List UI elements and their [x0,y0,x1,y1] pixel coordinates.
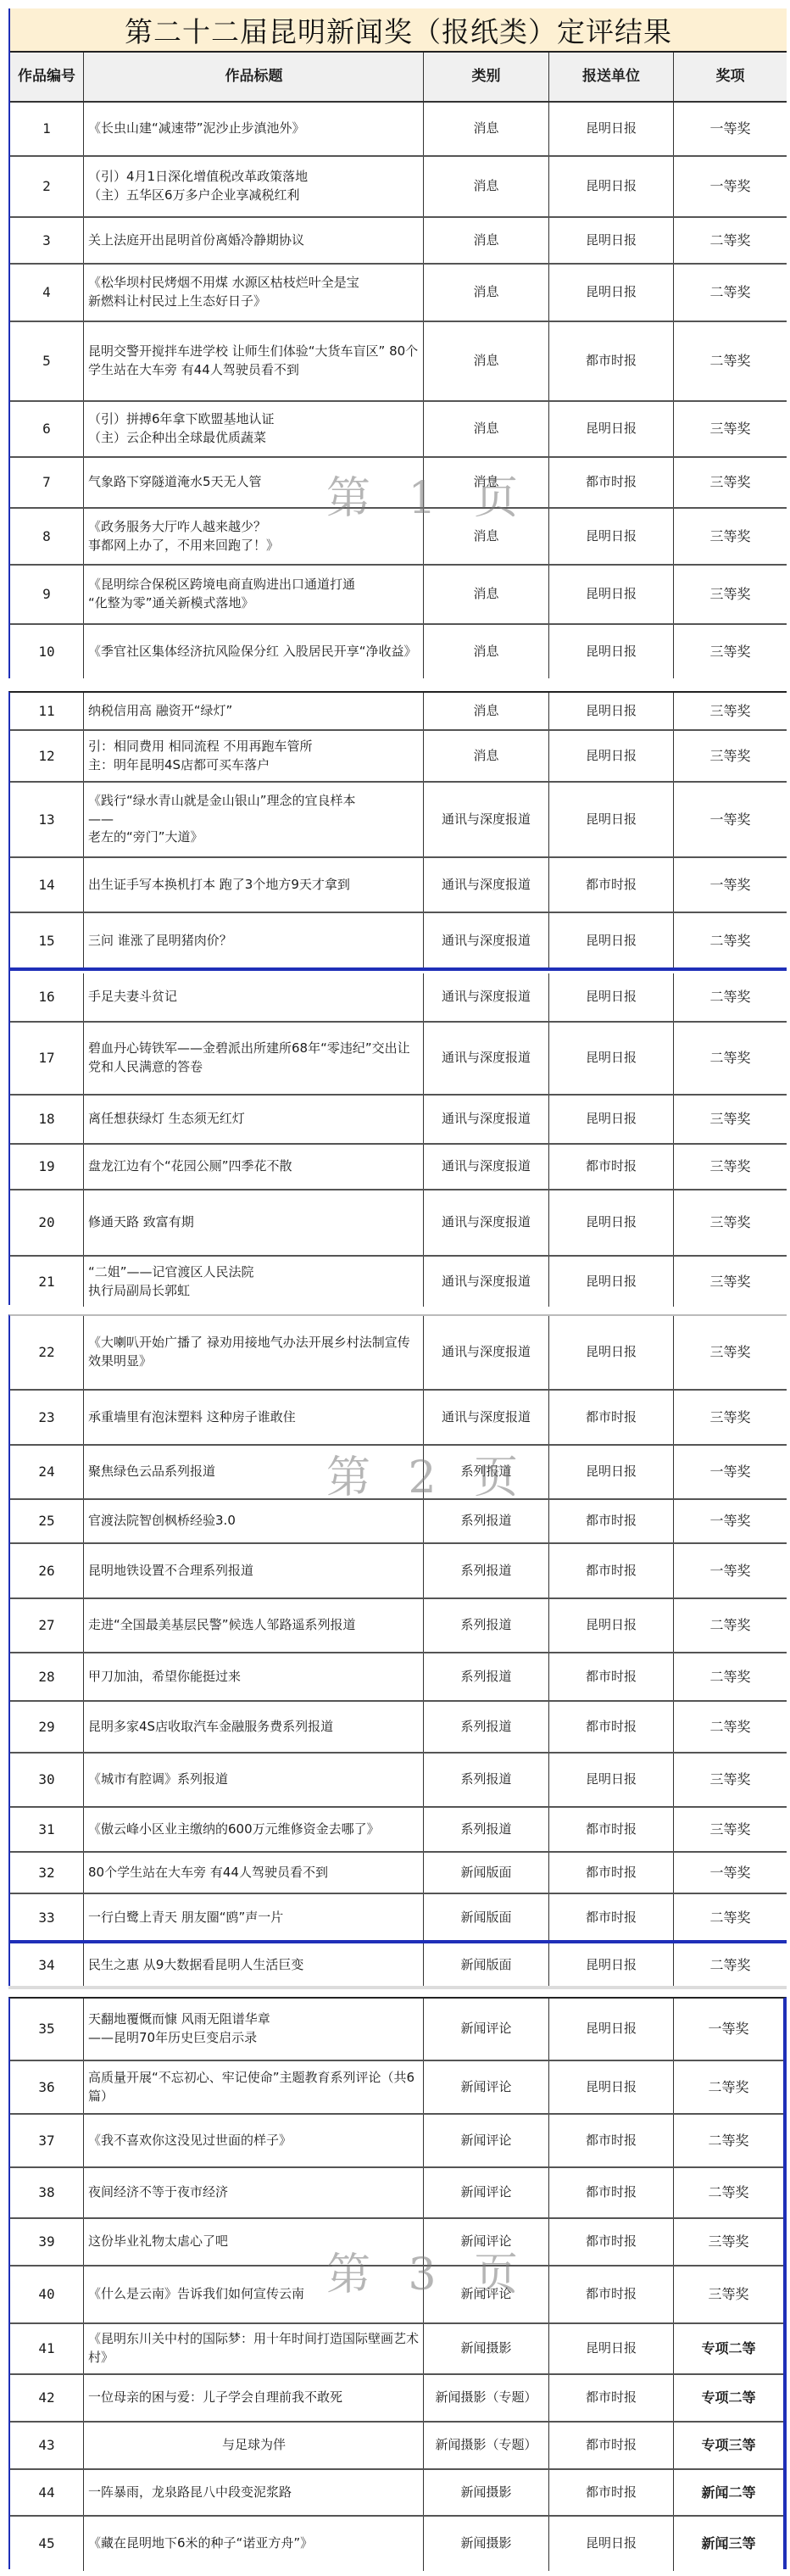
row-number: 30 [10,1754,84,1806]
row-number: 41 [10,2324,84,2373]
row-award: 二等奖 [674,1599,787,1652]
page-1-segment-a: 第二十二届昆明新闻奖（报纸类）定评结果 作品编号 作品标题 类别 报送单位 奖项… [8,8,787,678]
row-unit: 昆明日报 [549,1999,674,2060]
table-row: 21“二姐”——记官渡区人民法院 执行局副局长郭虹通讯与深度报道昆明日报三等奖 [10,1257,787,1307]
page-2-segment: 22《大喇叭开始广播了 禄劝用接地气办法开展乡村法制宣传效果明显》通讯与深度报道… [8,1314,787,1986]
row-category: 消息 [424,731,549,781]
page-divider [8,1940,787,1943]
table-row: 33一行白鹭上青天 朋友圈“鸥”声一片新闻版面都市时报二等奖 [10,1894,787,1942]
row-category: 通讯与深度报道 [424,783,549,856]
row-unit: 昆明日报 [549,973,674,1021]
row-title: 《我不喜欢你这没见过世面的样子》 [84,2115,424,2166]
page-divider [8,967,787,971]
row-award: 二等奖 [674,2168,783,2217]
row-unit: 昆明日报 [549,1446,674,1498]
table-row: 25官渡法院智创枫桥经验3.0系列报道都市时报一等奖 [10,1500,787,1544]
row-title: 官渡法院智创枫桥经验3.0 [84,1500,424,1542]
row-title: 一位母亲的困与爱：儿子学会自理前我不敢死 [84,2375,424,2421]
row-number: 43 [10,2423,84,2468]
row-award: 一等奖 [674,1500,787,1542]
row-category: 新闻版面 [424,1894,549,1942]
row-title: 昆明多家4S店收取汽车金融服务费系列报道 [84,1702,424,1752]
row-unit: 都市时报 [549,2219,674,2265]
table-row: 8《政务服务大厅咋人越来越少？ 事都网上办了，不用来回跑了！》消息昆明日报三等奖 [10,509,787,566]
row-number: 35 [10,1999,84,2060]
row-category: 通讯与深度报道 [424,913,549,968]
table-row: 26昆明地铁设置不合理系列报道系列报道都市时报一等奖 [10,1544,787,1599]
document-title: 第二十二届昆明新闻奖（报纸类）定评结果 [10,8,787,53]
row-category: 消息 [424,458,549,507]
row-unit: 都市时报 [549,322,674,400]
row-number: 22 [10,1316,84,1389]
row-award: 三等奖 [674,1190,787,1255]
row-number: 27 [10,1599,84,1652]
row-unit: 都市时报 [549,2375,674,2421]
row-category: 系列报道 [424,1653,549,1700]
row-category: 通讯与深度报道 [424,1316,549,1389]
row-award: 一等奖 [674,1999,783,2060]
segment-shadow [8,1986,787,1989]
page-1-segment-b: 11纳税信用高 融资开“绿灯”消息昆明日报三等奖 12引：相同费用 相同流程 不… [8,691,787,1305]
row-category: 消息 [424,693,549,729]
row-unit: 昆明日报 [549,1943,674,1988]
row-unit: 昆明日报 [549,2061,674,2113]
table-header: 作品编号 作品标题 类别 报送单位 奖项 [10,53,787,103]
row-award: 一等奖 [674,783,787,856]
row-number: 1 [10,103,84,155]
row-category: 通讯与深度报道 [424,858,549,912]
row-award: 三等奖 [674,1808,787,1851]
row-category: 消息 [424,322,549,400]
row-number: 16 [10,973,84,1021]
row-unit: 都市时报 [549,1544,674,1597]
row-award: 一等奖 [674,1853,787,1893]
row-category: 系列报道 [424,1544,549,1597]
table-row: 34民生之惠 从9大数据看昆明人生活巨变新闻版面昆明日报二等奖 [10,1943,787,1988]
row-title: （引）4月1日深化增值税改革政策落地 （主）五华区6万多户企业享减税红利 [84,157,424,216]
row-award: 专项三等 [674,2423,783,2468]
row-category: 新闻评论 [424,2115,549,2166]
row-title: 这份毕业礼物太虐心了吧 [84,2219,424,2265]
row-category: 系列报道 [424,1808,549,1851]
table-row: 4《松华坝村民烤烟不用煤 水源区枯枝烂叶全是宝 新燃料让村民过上生态好日子》消息… [10,265,787,322]
table-row: 3关上法庭开出昆明首份离婚冷静期协议消息昆明日报二等奖 [10,218,787,265]
row-title: 碧血丹心铸铁军——金碧派出所建所68年“零违纪”交出让党和人民满意的答卷 [84,1023,424,1094]
row-award: 新闻二等 [674,2470,783,2515]
table-row: 23承重墙里有泡沫塑料 这种房子谁敢住通讯与深度报道都市时报三等奖 [10,1391,787,1446]
row-unit: 昆明日报 [549,2324,674,2373]
row-unit: 都市时报 [549,1500,674,1542]
row-category: 系列报道 [424,1599,549,1652]
row-number: 18 [10,1096,84,1143]
row-unit: 昆明日报 [549,103,674,155]
row-title: 手足夫妻斗贫记 [84,973,424,1021]
table-row: 5昆明交警开搅拌车进学校 让师生们体验“大货车盲区” 80个学生站在大车旁 有4… [10,322,787,402]
row-title: 《大喇叭开始广播了 禄劝用接地气办法开展乡村法制宣传效果明显》 [84,1316,424,1389]
row-unit: 都市时报 [549,458,674,507]
row-number: 45 [10,2517,84,2571]
row-number: 24 [10,1446,84,1498]
row-unit: 都市时报 [549,1653,674,1700]
row-award: 二等奖 [674,1943,787,1988]
table-row: 10《季官社区集体经济抗风险保分红 入股居民开享“净收益》消息昆明日报三等奖 [10,625,787,678]
row-number: 39 [10,2219,84,2265]
row-title: 聚焦绿色云品系列报道 [84,1446,424,1498]
row-award: 三等奖 [674,458,787,507]
row-category: 消息 [424,566,549,623]
row-award: 一等奖 [674,1544,787,1597]
row-unit: 都市时报 [549,2115,674,2166]
row-title: 天翻地覆慨而慷 风雨无阻谱华章 ——昆明70年历史巨变启示录 [84,1999,424,2060]
table-row: 19盘龙江边有个“花园公厕”四季花不散通讯与深度报道都市时报三等奖 [10,1145,787,1190]
row-award: 三等奖 [674,2219,783,2265]
row-award: 二等奖 [674,973,787,1021]
row-title: 《践行“绿水青山就是金山银山”理念的宜良样本 —— 老左的“旁门”大道》 [84,783,424,856]
row-number: 29 [10,1702,84,1752]
row-award: 二等奖 [674,1653,787,1700]
row-award: 二等奖 [674,218,787,263]
table-row: 11纳税信用高 融资开“绿灯”消息昆明日报三等奖 [10,693,787,731]
row-number: 14 [10,858,84,912]
row-title: 一阵暴雨，龙泉路昆八中段变泥浆路 [84,2470,424,2515]
row-award: 二等奖 [674,265,787,321]
row-award: 三等奖 [674,2267,783,2322]
header-award: 奖项 [674,53,787,101]
row-unit: 昆明日报 [549,1599,674,1652]
row-unit: 都市时报 [549,2267,674,2322]
row-title: 《什么是云南》告诉我们如何宣传云南 [84,2267,424,2322]
table-row: 29昆明多家4S店收取汽车金融服务费系列报道系列报道都市时报二等奖 [10,1702,787,1754]
page-3-segment: 35天翻地覆慨而慷 风雨无阻谱华章 ——昆明70年历史巨变启示录新闻评论昆明日报… [8,1997,787,2569]
table-row: 35天翻地覆慨而慷 风雨无阻谱华章 ——昆明70年历史巨变启示录新闻评论昆明日报… [10,1999,783,2061]
table-row: 41《昆明东川关中村的国际梦：用十年时间打造国际壁画艺术村》新闻摄影昆明日报专项… [10,2324,783,2375]
row-award: 专项二等 [674,2375,783,2421]
table-row: 2（引）4月1日深化增值税改革政策落地 （主）五华区6万多户企业享减税红利消息昆… [10,157,787,218]
row-number: 38 [10,2168,84,2217]
row-category: 通讯与深度报道 [424,973,549,1021]
row-award: 二等奖 [674,322,787,400]
row-unit: 昆明日报 [549,783,674,856]
table-row: 45《藏在昆明地下6米的种子“诺亚方舟”》新闻摄影昆明日报新闻三等 [10,2517,783,2571]
row-unit: 昆明日报 [549,402,674,456]
row-number: 31 [10,1808,84,1851]
table-row: 28甲刀加油，希望你能挺过来系列报道都市时报二等奖 [10,1653,787,1702]
row-number: 11 [10,693,84,729]
row-award: 新闻三等 [674,2517,783,2571]
row-award: 三等奖 [674,402,787,456]
table-row: 36高质量开展“不忘初心、牢记使命”主题教育系列评论（共6篇）新闻评论昆明日报二… [10,2061,783,2115]
row-unit: 都市时报 [549,2168,674,2217]
row-title: 《昆明东川关中村的国际梦：用十年时间打造国际壁画艺术村》 [84,2324,424,2373]
header-title: 作品标题 [84,53,424,101]
row-award: 一等奖 [674,1446,787,1498]
row-number: 37 [10,2115,84,2166]
row-unit: 昆明日报 [549,1316,674,1389]
row-title: 修通天路 致富有期 [84,1190,424,1255]
header-no: 作品编号 [10,53,84,101]
row-title: 《长虫山建“减速带”泥沙止步滇池外》 [84,103,424,155]
row-category: 系列报道 [424,1702,549,1752]
row-award: 二等奖 [674,1023,787,1094]
row-award: 二等奖 [674,1894,787,1942]
row-unit: 昆明日报 [549,509,674,564]
row-category: 新闻摄影（专题） [424,2375,549,2421]
row-unit: 都市时报 [549,1853,674,1893]
row-unit: 昆明日报 [549,2517,674,2571]
row-unit: 昆明日报 [549,1096,674,1143]
table-row: 12引：相同费用 相同流程 不用再跑车管所 主：明年昆明4S店都可买车落户消息昆… [10,731,787,783]
row-award: 三等奖 [674,625,787,678]
row-number: 25 [10,1500,84,1542]
row-category: 新闻摄影（专题） [424,2423,549,2468]
row-category: 通讯与深度报道 [424,1190,549,1255]
row-category: 系列报道 [424,1446,549,1498]
row-number: 15 [10,913,84,968]
row-number: 23 [10,1391,84,1444]
table-row: 14出生证手写本换机打本 跑了3个地方9天才拿到通讯与深度报道都市时报一等奖 [10,858,787,913]
row-number: 40 [10,2267,84,2322]
row-award: 三等奖 [674,1096,787,1143]
row-category: 新闻摄影 [424,2517,549,2571]
table-row: 20修通天路 致富有期通讯与深度报道昆明日报三等奖 [10,1190,787,1257]
row-number: 8 [10,509,84,564]
row-category: 消息 [424,509,549,564]
row-title: 《傲云峰小区业主缴纳的600万元维修资金去哪了》 [84,1808,424,1851]
row-title: 夜间经济不等于夜市经济 [84,2168,424,2217]
table-row: 3280个学生站在大车旁 有44人驾驶员看不到新闻版面都市时报一等奖 [10,1853,787,1894]
row-unit: 昆明日报 [549,1190,674,1255]
table-row: 18离任想获绿灯 生态须无红灯通讯与深度报道昆明日报三等奖 [10,1096,787,1145]
row-unit: 昆明日报 [549,731,674,781]
row-unit: 昆明日报 [549,913,674,968]
table-row: 6（引）拼搏6年拿下欧盟基地认证 （主）云企种出全球最优质蔬菜消息昆明日报三等奖 [10,402,787,458]
table-row: 16手足夫妻斗贫记通讯与深度报道昆明日报二等奖 [10,973,787,1023]
row-award: 三等奖 [674,1145,787,1189]
row-unit: 都市时报 [549,1145,674,1189]
row-award: 三等奖 [674,1257,787,1307]
row-title: 昆明交警开搅拌车进学校 让师生们体验“大货车盲区” 80个学生站在大车旁 有44… [84,322,424,400]
table-row: 27走进“全国最美基层民警”候选人邹路遥系列报道系列报道昆明日报二等奖 [10,1599,787,1653]
row-category: 消息 [424,157,549,216]
row-award: 三等奖 [674,566,787,623]
row-category: 通讯与深度报道 [424,1145,549,1189]
row-category: 新闻版面 [424,1943,549,1988]
table-row: 7气象路下穿隧道淹水5天无人管消息都市时报三等奖 [10,458,787,509]
row-title: 与足球为伴 [84,2423,424,2468]
row-unit: 昆明日报 [549,1023,674,1094]
row-title: 纳税信用高 融资开“绿灯” [84,693,424,729]
row-number: 10 [10,625,84,678]
row-category: 新闻摄影 [424,2324,549,2373]
row-category: 通讯与深度报道 [424,1391,549,1444]
row-number: 17 [10,1023,84,1094]
row-award: 三等奖 [674,1754,787,1806]
table-row: 15三问 谁涨了昆明猪肉价？通讯与深度报道昆明日报二等奖 [10,913,787,968]
row-award: 二等奖 [674,1702,787,1752]
table-row: 13《践行“绿水青山就是金山银山”理念的宜良样本 —— 老左的“旁门”大道》通讯… [10,783,787,858]
row-number: 9 [10,566,84,623]
table-row: 1《长虫山建“减速带”泥沙止步滇池外》消息昆明日报一等奖 [10,103,787,157]
row-number: 19 [10,1145,84,1189]
row-number: 33 [10,1894,84,1942]
table-row: 38夜间经济不等于夜市经济新闻评论都市时报二等奖 [10,2168,783,2219]
row-title: 出生证手写本换机打本 跑了3个地方9天才拿到 [84,858,424,912]
row-number: 12 [10,731,84,781]
row-number: 32 [10,1853,84,1893]
row-category: 新闻评论 [424,2168,549,2217]
row-title: 盘龙江边有个“花园公厕”四季花不散 [84,1145,424,1189]
row-unit: 昆明日报 [549,1257,674,1307]
row-title: 走进“全国最美基层民警”候选人邹路遥系列报道 [84,1599,424,1652]
table-row: 17碧血丹心铸铁军——金碧派出所建所68年“零违纪”交出让党和人民满意的答卷通讯… [10,1023,787,1096]
row-title: 三问 谁涨了昆明猪肉价？ [84,913,424,968]
row-category: 系列报道 [424,1754,549,1806]
table-row: 24聚焦绿色云品系列报道系列报道昆明日报一等奖 [10,1446,787,1500]
row-number: 4 [10,265,84,321]
row-title: 关上法庭开出昆明首份离婚冷静期协议 [84,218,424,263]
row-number: 7 [10,458,84,507]
row-award: 三等奖 [674,509,787,564]
row-unit: 昆明日报 [549,693,674,729]
row-award: 三等奖 [674,731,787,781]
row-title: 民生之惠 从9大数据看昆明人生活巨变 [84,1943,424,1988]
row-category: 新闻评论 [424,2219,549,2265]
row-number: 26 [10,1544,84,1597]
row-award: 三等奖 [674,693,787,729]
table-row: 37《我不喜欢你这没见过世面的样子》新闻评论都市时报二等奖 [10,2115,783,2168]
row-title: 一行白鹭上青天 朋友圈“鸥”声一片 [84,1894,424,1942]
row-title: 《政务服务大厅咋人越来越少？ 事都网上办了，不用来回跑了！》 [84,509,424,564]
row-number: 2 [10,157,84,216]
row-unit: 昆明日报 [549,566,674,623]
row-category: 消息 [424,218,549,263]
row-award: 二等奖 [674,2061,783,2113]
table-row: 39这份毕业礼物太虐心了吧新闻评论都市时报三等奖 [10,2219,783,2267]
row-unit: 昆明日报 [549,265,674,321]
row-award: 一等奖 [674,858,787,912]
table-row: 40《什么是云南》告诉我们如何宣传云南新闻评论都市时报三等奖 [10,2267,783,2324]
row-title: 80个学生站在大车旁 有44人驾驶员看不到 [84,1853,424,1893]
row-title: 《松华坝村民烤烟不用煤 水源区枯枝烂叶全是宝 新燃料让村民过上生态好日子》 [84,265,424,321]
row-category: 消息 [424,402,549,456]
row-award: 二等奖 [674,913,787,968]
row-number: 20 [10,1190,84,1255]
row-unit: 都市时报 [549,1391,674,1444]
row-unit: 都市时报 [549,1808,674,1851]
table-row: 22《大喇叭开始广播了 禄劝用接地气办法开展乡村法制宣传效果明显》通讯与深度报道… [10,1316,787,1391]
row-unit: 昆明日报 [549,157,674,216]
table-row: 9《昆明综合保税区跨境电商直购进出口通道打通 “化整为零”通关新模式落地》消息昆… [10,566,787,625]
row-title: 《昆明综合保税区跨境电商直购进出口通道打通 “化整为零”通关新模式落地》 [84,566,424,623]
row-unit: 都市时报 [549,1702,674,1752]
row-number: 44 [10,2470,84,2515]
row-category: 系列报道 [424,1500,549,1542]
row-category: 新闻版面 [424,1853,549,1893]
row-title: 高质量开展“不忘初心、牢记使命”主题教育系列评论（共6篇） [84,2061,424,2113]
row-unit: 昆明日报 [549,218,674,263]
row-category: 新闻评论 [424,2267,549,2322]
row-unit: 都市时报 [549,2470,674,2515]
row-number: 28 [10,1653,84,1700]
row-title: （引）拼搏6年拿下欧盟基地认证 （主）云企种出全球最优质蔬菜 [84,402,424,456]
row-number: 3 [10,218,84,263]
row-category: 通讯与深度报道 [424,1096,549,1143]
table-row: 42一位母亲的困与爱：儿子学会自理前我不敢死新闻摄影（专题）都市时报专项二等 [10,2375,783,2423]
row-title: 引：相同费用 相同流程 不用再跑车管所 主：明年昆明4S店都可买车落户 [84,731,424,781]
row-category: 消息 [424,103,549,155]
row-category: 新闻评论 [424,2061,549,2113]
table-row: 30《城市有腔调》系列报道系列报道昆明日报三等奖 [10,1754,787,1808]
row-title: “二姐”——记官渡区人民法院 执行局副局长郭虹 [84,1257,424,1307]
header-unit: 报送单位 [549,53,674,101]
table-row: 31《傲云峰小区业主缴纳的600万元维修资金去哪了》系列报道都市时报三等奖 [10,1808,787,1853]
row-title: 离任想获绿灯 生态须无红灯 [84,1096,424,1143]
row-title: 昆明地铁设置不合理系列报道 [84,1544,424,1597]
row-number: 5 [10,322,84,400]
row-title: 《城市有腔调》系列报道 [84,1754,424,1806]
row-category: 消息 [424,265,549,321]
header-category: 类别 [424,53,549,101]
row-award: 二等奖 [674,2115,783,2166]
row-number: 36 [10,2061,84,2113]
row-number: 42 [10,2375,84,2421]
row-title: 承重墙里有泡沫塑料 这种房子谁敢住 [84,1391,424,1444]
row-unit: 都市时报 [549,858,674,912]
table-row: 43与足球为伴新闻摄影（专题）都市时报专项三等 [10,2423,783,2470]
row-number: 13 [10,783,84,856]
table-row: 44一阵暴雨，龙泉路昆八中段变泥浆路新闻摄影都市时报新闻二等 [10,2470,783,2517]
row-number: 21 [10,1257,84,1307]
row-award: 一等奖 [674,103,787,155]
row-award: 一等奖 [674,157,787,216]
row-category: 新闻评论 [424,1999,549,2060]
row-category: 消息 [424,625,549,678]
row-number: 6 [10,402,84,456]
row-unit: 都市时报 [549,1894,674,1942]
row-award: 三等奖 [674,1316,787,1389]
row-award: 三等奖 [674,1391,787,1444]
row-category: 通讯与深度报道 [424,1023,549,1094]
row-unit: 昆明日报 [549,1754,674,1806]
row-award: 专项二等 [674,2324,783,2373]
row-unit: 都市时报 [549,2423,674,2468]
row-title: 《藏在昆明地下6米的种子“诺亚方舟”》 [84,2517,424,2571]
row-title: 甲刀加油，希望你能挺过来 [84,1653,424,1700]
row-title: 气象路下穿隧道淹水5天无人管 [84,458,424,507]
row-title: 《季官社区集体经济抗风险保分红 入股居民开享“净收益》 [84,625,424,678]
row-category: 通讯与深度报道 [424,1257,549,1307]
row-unit: 昆明日报 [549,625,674,678]
row-number: 34 [10,1943,84,1988]
row-category: 新闻摄影 [424,2470,549,2515]
